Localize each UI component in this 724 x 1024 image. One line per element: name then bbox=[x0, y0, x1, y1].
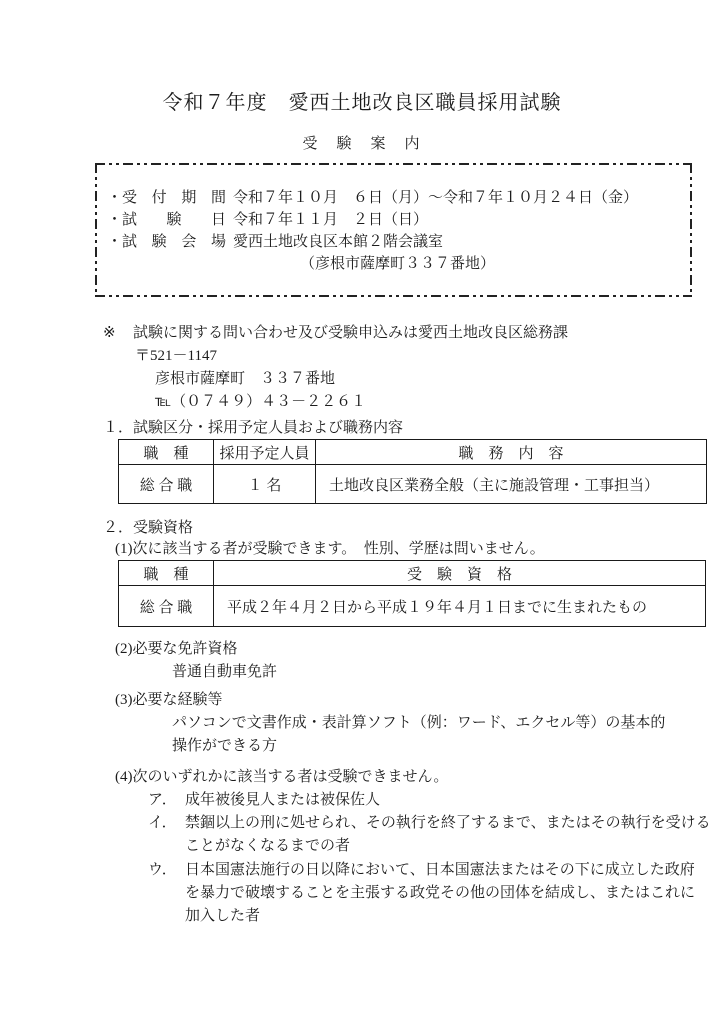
col-header-job-duties: 職 務 内 容 bbox=[316, 440, 707, 465]
section-recruitment: １．試験区分・採用予定人員および職務内容 職 種 採用予定人員 職 務 内 容 … bbox=[103, 418, 713, 504]
table-header-row: 職 種 採用予定人員 職 務 内 容 bbox=[119, 440, 707, 465]
bullet-icon: ・ bbox=[107, 209, 122, 231]
table-header-row: 職 種 受 験 資 格 bbox=[119, 561, 706, 586]
item-marker: ウ． bbox=[148, 859, 185, 928]
note-marker: ※ bbox=[103, 322, 133, 345]
contact-note-text: 試験に関する問い合わせ及び受験申込みは愛西土地改良区総務課 bbox=[133, 325, 568, 341]
cell-planned-hires: １ 名 bbox=[214, 465, 316, 504]
contact-block: ※試験に関する問い合わせ及び受験申込みは愛西土地改良区総務課 〒521－1147… bbox=[103, 322, 568, 414]
col-header-planned-hires: 採用予定人員 bbox=[214, 440, 316, 465]
cell-job-type: 総 合 職 bbox=[119, 586, 214, 627]
info-row-label: 試験日 bbox=[122, 209, 226, 231]
disqualification-item-i: イ． 禁錮以上の刑に処せられ、その執行を終了するまで、またはその執行を受ける こ… bbox=[103, 812, 718, 858]
info-row-label: 試験会場 bbox=[122, 231, 226, 253]
section-eligibility: ２．受験資格 (1)次に該当する者が受験できます。 性別、学歴は問いません。 職… bbox=[103, 518, 718, 928]
disqualification-item-u: ウ． 日本国憲法施行の日以降において、日本国憲法またはその下に成立した政府 を暴… bbox=[103, 859, 718, 928]
contact-tel: ℡（０７４９）４３－２２６１ bbox=[103, 391, 568, 414]
eligibility-table: 職 種 受 験 資 格 総 合 職 平成２年４月２日から平成１９年４月１日までに… bbox=[118, 560, 706, 627]
cell-eligibility: 平成２年４月２日から平成１９年４月１日までに生まれたもの bbox=[214, 586, 706, 627]
info-row-label: 受付期間 bbox=[122, 187, 226, 209]
info-row-exam-venue: ・試験会場愛西土地改良区本館２階会議室 bbox=[107, 231, 680, 253]
section2-heading: ２．受験資格 bbox=[103, 518, 718, 539]
bullet-icon: ・ bbox=[107, 187, 122, 209]
disqualification-label: (4)次のいずれかに該当する者は受験できません。 bbox=[103, 766, 718, 789]
section1-heading: １．試験区分・採用予定人員および職務内容 bbox=[103, 418, 713, 439]
info-row-value: 愛西土地改良区本館２階会議室 bbox=[233, 231, 443, 253]
table-row: 総 合 職 １ 名 土地改良区業務全般（主に施設管理・工事担当） bbox=[119, 465, 707, 504]
eligibility-intro: (1)次に該当する者が受験できます。 性別、学歴は問いません。 bbox=[103, 539, 718, 560]
item-marker: ア． bbox=[148, 789, 185, 812]
license-detail: 普通自動車免許 bbox=[103, 661, 718, 684]
disqualification-item-a: ア． 成年被後見人または被保佐人 bbox=[103, 789, 718, 812]
license-label: (2)必要な免許資格 bbox=[103, 638, 718, 661]
table-row: 総 合 職 平成２年４月２日から平成１９年４月１日までに生まれたもの bbox=[119, 586, 706, 627]
bullet-icon: ・ bbox=[107, 231, 122, 253]
exam-info-box: ・受付期間令和７年１０月 ６日（月）～令和７年１０月２４日（金） ・試験日令和７… bbox=[95, 163, 692, 297]
postal-code: 〒521－1147 bbox=[103, 345, 568, 368]
info-row-exam-date: ・試験日令和７年１１月 ２日（日） bbox=[107, 209, 680, 231]
recruitment-table: 職 種 採用予定人員 職 務 内 容 総 合 職 １ 名 土地改良区業務全般（主… bbox=[118, 439, 707, 504]
item-text: 禁錮以上の刑に処せられ、その執行を終了するまで、またはその執行を受ける ことがな… bbox=[185, 812, 718, 858]
info-row-venue-address: （彦根市薩摩町３３７番地） bbox=[107, 253, 680, 275]
page-subtitle: 受 験 案 内 bbox=[0, 132, 724, 153]
item-text: 成年被後見人または被保佐人 bbox=[185, 789, 718, 812]
cell-job-duties: 土地改良区業務全般（主に施設管理・工事担当） bbox=[316, 465, 707, 504]
info-row-value: （彦根市薩摩町３３７番地） bbox=[300, 256, 495, 272]
info-row-value: 令和７年１１月 ２日（日） bbox=[233, 209, 428, 231]
info-row-application-period: ・受付期間令和７年１０月 ６日（月）～令和７年１０月２４日（金） bbox=[107, 187, 680, 209]
col-header-job-type: 職 種 bbox=[119, 561, 214, 586]
experience-label: (3)必要な経験等 bbox=[103, 689, 718, 712]
document-page: 令和７年度 愛西土地改良区職員採用試験 受 験 案 内 ・受付期間令和７年１０月… bbox=[0, 0, 724, 1024]
item-text: 日本国憲法施行の日以降において、日本国憲法またはその下に成立した政府 を暴力で破… bbox=[185, 859, 718, 928]
info-row-value: 令和７年１０月 ６日（月）～令和７年１０月２４日（金） bbox=[233, 187, 638, 209]
experience-detail: パソコンで文書作成・表計算ソフト（例：ワード、エクセル等）の基本的 操作ができる… bbox=[103, 712, 718, 758]
col-header-job-type: 職 種 bbox=[119, 440, 214, 465]
item-marker: イ． bbox=[148, 812, 185, 858]
cell-job-type: 総 合 職 bbox=[119, 465, 214, 504]
page-title: 令和７年度 愛西土地改良区職員採用試験 bbox=[0, 86, 724, 115]
contact-note: ※試験に関する問い合わせ及び受験申込みは愛西土地改良区総務課 bbox=[103, 322, 568, 345]
contact-address: 彦根市薩摩町 ３３７番地 bbox=[103, 368, 568, 391]
col-header-eligibility: 受 験 資 格 bbox=[214, 561, 706, 586]
